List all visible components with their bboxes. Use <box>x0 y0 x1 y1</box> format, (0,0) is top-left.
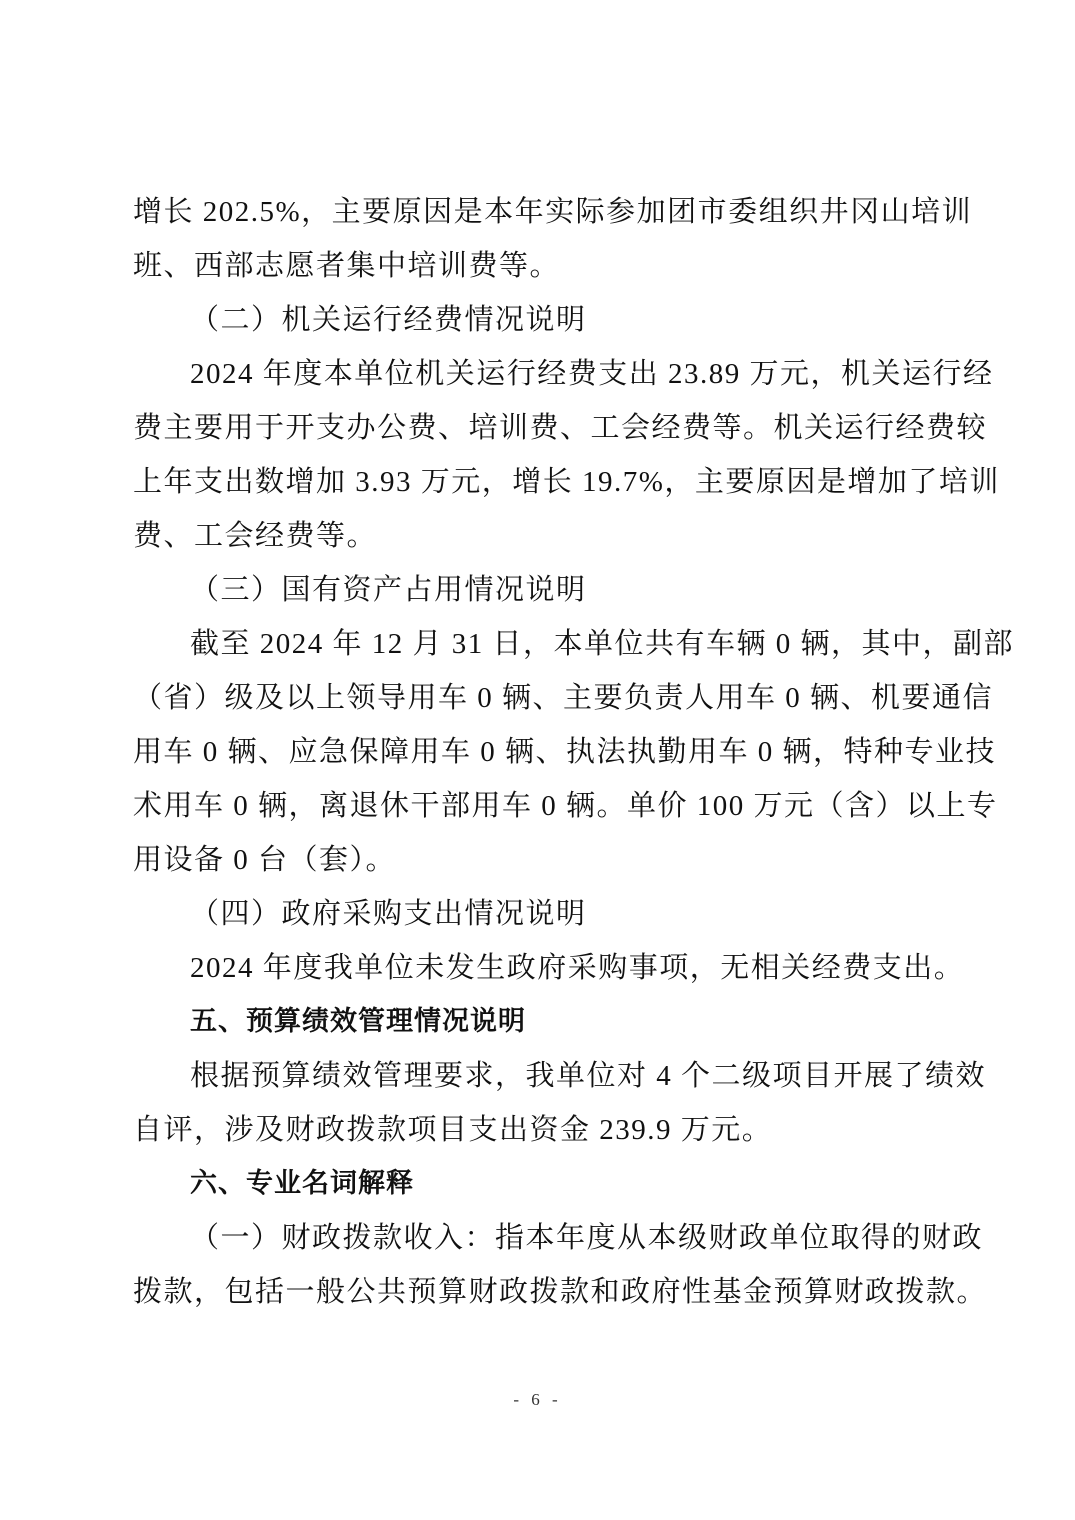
section-heading: 六、专业名词解释 <box>190 1164 943 1204</box>
paragraph-line: （省）级及以上领导用车 0 辆、主要负责人用车 0 辆、机要通信 <box>133 678 943 718</box>
paragraph-line: 上年支出数增加 3.93 万元，增长 19.7%，主要原因是增加了培训 <box>133 462 943 502</box>
paragraph-line: 自评，涉及财政拨款项目支出资金 239.9 万元。 <box>133 1110 943 1150</box>
paragraph-line: 截至 2024 年 12 月 31 日，本单位共有车辆 0 辆，其中，副部 <box>190 624 943 664</box>
paragraph-line: 费、工会经费等。 <box>133 516 943 556</box>
paragraph-line: （一）财政拨款收入：指本年度从本级财政单位取得的财政 <box>190 1218 943 1258</box>
page-number: - 6 - <box>0 1390 1075 1410</box>
paragraph-line: 根据预算绩效管理要求，我单位对 4 个二级项目开展了绩效 <box>190 1056 943 1096</box>
subsection-heading: （三）国有资产占用情况说明 <box>190 570 943 610</box>
subsection-heading: （二）机关运行经费情况说明 <box>190 300 943 340</box>
paragraph-line: 术用车 0 辆，离退休干部用车 0 辆。单价 100 万元（含）以上专 <box>133 786 943 826</box>
paragraph-line: 班、西部志愿者集中培训费等。 <box>133 246 943 286</box>
section-heading: 五、预算绩效管理情况说明 <box>190 1002 943 1042</box>
paragraph-line: 2024 年度我单位未发生政府采购事项，无相关经费支出。 <box>190 948 943 988</box>
paragraph-line: 2024 年度本单位机关运行经费支出 23.89 万元，机关运行经 <box>190 354 943 394</box>
paragraph-line: 用车 0 辆、应急保障用车 0 辆、执法执勤用车 0 辆，特种专业技 <box>133 732 943 772</box>
paragraph-line: 拨款，包括一般公共预算财政拨款和政府性基金预算财政拨款。 <box>133 1272 943 1312</box>
subsection-heading: （四）政府采购支出情况说明 <box>190 894 943 934</box>
paragraph-line: 增长 202.5%，主要原因是本年实际参加团市委组织井冈山培训 <box>133 192 943 232</box>
paragraph-line: 费主要用于开支办公费、培训费、工会经费等。机关运行经费较 <box>133 408 943 448</box>
paragraph-line: 用设备 0 台（套）。 <box>133 840 943 880</box>
